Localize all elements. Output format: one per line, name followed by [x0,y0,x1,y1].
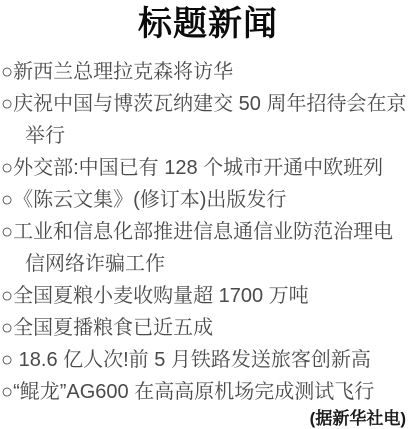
headline-item: ○外交部:中国已有 128 个城市开通中欧班列 [1,152,416,184]
headline-item: ○全国夏播粮食已近五成 [1,312,416,344]
page-title: 标题新闻 [0,0,416,48]
headline-line: ○全国夏粮小麦收购量超 1700 万吨 [1,280,416,312]
headline-line: ○外交部:中国已有 128 个城市开通中欧班列 [1,152,416,184]
headline-line: ○《陈云文集》(修订本)出版发行 [1,184,416,216]
credit-line: (据新华社电) [0,408,416,429]
headline-item: ○ 18.6 亿人次!前 5 月铁路发送旅客创新高 [1,344,416,376]
headline-continuation-line: 信网络诈骗工作 [1,248,416,280]
headline-continuation-line: 举行 [1,120,416,152]
newspaper-headline-brief: 标题新闻 ○新西兰总理拉克森将访华 ○庆祝中国与博茨瓦纳建交 50 周年招待会在… [0,0,416,429]
headline-line: ○“鲲龙”AG600 在高高原机场完成测试飞行 [1,376,416,408]
headline-line: ○全国夏播粮食已近五成 [1,312,416,344]
headline-item: ○新西兰总理拉克森将访华 [1,56,416,88]
headline-item: ○“鲲龙”AG600 在高高原机场完成测试飞行 [1,376,416,408]
headline-line: ○ 18.6 亿人次!前 5 月铁路发送旅客创新高 [1,344,416,376]
headline-item: ○《陈云文集》(修订本)出版发行 [1,184,416,216]
headline-item: ○全国夏粮小麦收购量超 1700 万吨 [1,280,416,312]
headline-line: ○新西兰总理拉克森将访华 [1,56,416,88]
headline-list: ○新西兰总理拉克森将访华 ○庆祝中国与博茨瓦纳建交 50 周年招待会在京 举行 … [0,56,416,408]
headline-item: ○庆祝中国与博茨瓦纳建交 50 周年招待会在京 举行 [1,88,416,152]
headline-item: ○工业和信息化部推进信息通信业防范治理电 信网络诈骗工作 [1,216,416,280]
headline-line: ○庆祝中国与博茨瓦纳建交 50 周年招待会在京 [1,88,416,120]
headline-line: ○工业和信息化部推进信息通信业防范治理电 [1,216,416,248]
